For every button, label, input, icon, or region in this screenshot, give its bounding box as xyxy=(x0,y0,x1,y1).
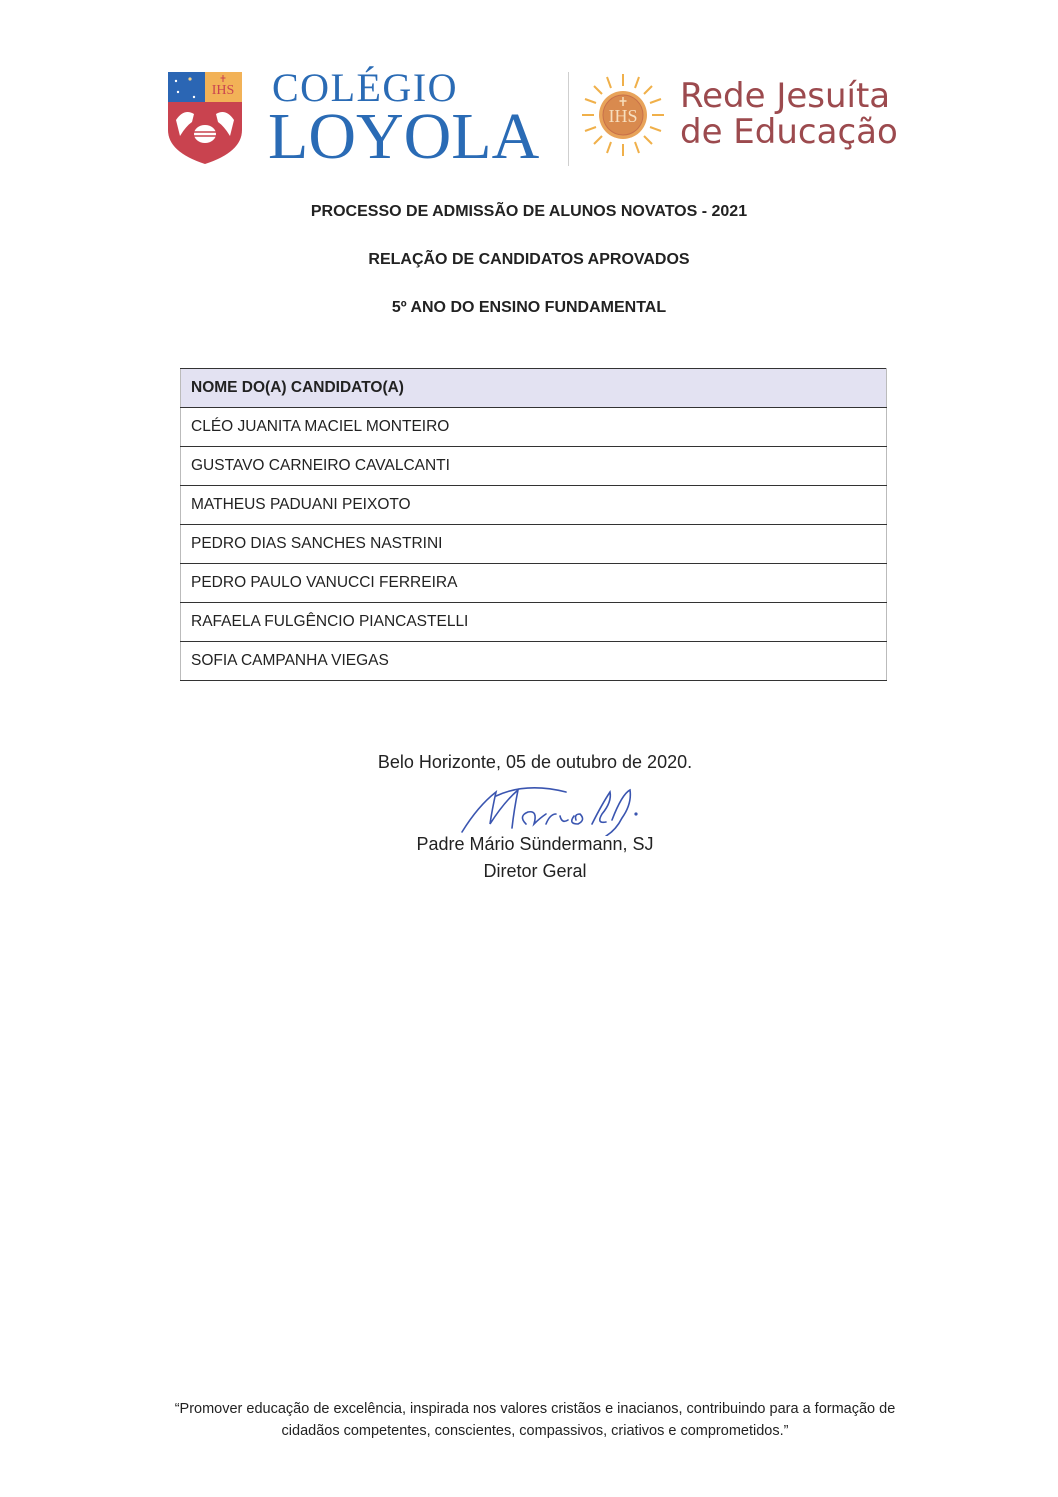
candidate-name: CLÉO JUANITA MACIEL MONTEIRO xyxy=(181,408,887,447)
signer-name: Padre Mário Sündermann, SJ xyxy=(6,831,1058,858)
table-row: GUSTAVO CARNEIRO CAVALCANTI xyxy=(181,447,887,486)
ihs-sun-emblem-icon: IHS xyxy=(580,72,666,158)
letterhead: IHS COLÉGIO LOYOLA xyxy=(164,64,904,170)
place-and-date: Belo Horizonte, 05 de outubro de 2020. xyxy=(6,752,1058,773)
school-name-line2: LOYOLA xyxy=(268,104,539,170)
network-name-line1: Rede Jesuíta xyxy=(680,78,898,114)
candidate-name: MATHEUS PADUANI PEIXOTO xyxy=(181,486,887,525)
colegio-loyola-shield-icon: IHS xyxy=(166,70,244,166)
motto-line-2: cidadãos competentes, conscientes, compa… xyxy=(100,1420,970,1442)
candidate-name: PEDRO DIAS SANCHES NASTRINI xyxy=(181,525,887,564)
table-header-row: NOME DO(A) CANDIDATO(A) xyxy=(181,369,887,408)
svg-text:IHS: IHS xyxy=(608,106,637,126)
candidate-name: GUSTAVO CARNEIRO CAVALCANTI xyxy=(181,447,887,486)
candidate-name: PEDRO PAULO VANUCCI FERREIRA xyxy=(181,564,887,603)
motto-line-1: “Promover educação de excelência, inspir… xyxy=(100,1398,970,1420)
column-header-name: NOME DO(A) CANDIDATO(A) xyxy=(181,369,887,408)
table-row: PEDRO PAULO VANUCCI FERREIRA xyxy=(181,564,887,603)
list-title: RELAÇÃO DE CANDIDATOS APROVADOS xyxy=(0,251,1058,269)
grade-title: 5º ANO DO ENSINO FUNDAMENTAL xyxy=(0,299,1058,317)
table-row: RAFAELA FULGÊNCIO PIANCASTELLI xyxy=(181,603,887,642)
table-row: SOFIA CAMPANHA VIEGAS xyxy=(181,642,887,681)
signer-role: Diretor Geral xyxy=(6,858,1058,885)
candidate-name: RAFAELA FULGÊNCIO PIANCASTELLI xyxy=(181,603,887,642)
approved-candidates-table: NOME DO(A) CANDIDATO(A) CLÉO JUANITA MAC… xyxy=(180,368,887,681)
process-title: PROCESSO DE ADMISSÃO DE ALUNOS NOVATOS -… xyxy=(0,203,1058,221)
handwritten-signature-icon xyxy=(456,784,656,836)
signer-block: Padre Mário Sündermann, SJ Diretor Geral xyxy=(6,831,1058,885)
table-row: PEDRO DIAS SANCHES NASTRINI xyxy=(181,525,887,564)
network-name-line2: de Educação xyxy=(680,114,898,150)
svg-text:IHS: IHS xyxy=(212,83,235,98)
logo-divider xyxy=(568,72,569,166)
candidate-name: SOFIA CAMPANHA VIEGAS xyxy=(181,642,887,681)
table-row: CLÉO JUANITA MACIEL MONTEIRO xyxy=(181,408,887,447)
network-wordmark: Rede Jesuíta de Educação xyxy=(680,78,898,150)
footer-motto: “Promover educação de excelência, inspir… xyxy=(100,1398,970,1442)
table-row: MATHEUS PADUANI PEIXOTO xyxy=(181,486,887,525)
